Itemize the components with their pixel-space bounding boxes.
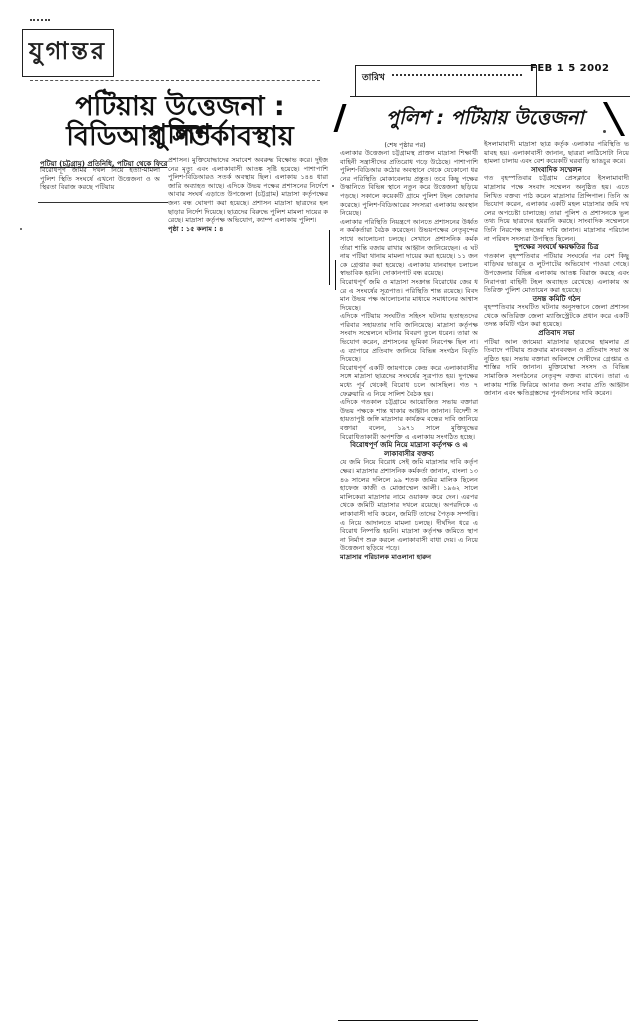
body-paragraph: ইসলামাবাদী মাদ্রাসা ছাত্র কর্তৃক এলাকার …: [484, 140, 629, 166]
body-paragraph: পটিয়া আল জামেয়া মাদ্রাসার ছাত্রদের হাম…: [484, 338, 629, 398]
left-article-body: প্রশাসন। মুক্তিযোদ্ধাদের সমাবেশ অবরুদ্ধ …: [168, 156, 328, 233]
column-divider: [329, 230, 330, 285]
masthead-rule: [30, 80, 320, 81]
body-paragraph: মাদ্রাসার পরিচালক মাওলানা হারুন: [340, 553, 478, 562]
section-subheading: দুপক্ষের সংঘর্ষে ক্ষয়ক্ষতির চিত্র: [484, 243, 629, 252]
body-paragraph: এলাকার পরিস্থিতি নিয়ন্ত্রণে আনতে প্রশাস…: [340, 218, 478, 278]
end-rule: [338, 1020, 478, 1021]
scan-speck: [20, 228, 22, 230]
body-paragraph: বিরোধপূর্ণ জমি ও মাদ্রাসা সংক্রান্ত বিরো…: [340, 278, 478, 312]
body-paragraph: এদিকে পটিয়ায় সংঘটিত সহিংস ঘটনায় হতাহত…: [340, 312, 478, 364]
body-paragraph: যে জমি নিয়ে বিরোধ সেই জমি মাদ্রাসার দাব…: [340, 458, 478, 553]
body-paragraph: প্রশাসন। মুক্তিযোদ্ধাদের সমাবেশ অবরুদ্ধ …: [168, 156, 328, 225]
middle-column: এলাকার উত্তেজনা চট্টগ্রামস্থ প্রাক্তন মা…: [340, 149, 478, 562]
body-paragraph: বিরোধপূর্ণ একটি জায়গাকে কেন্দ্র করে এলা…: [340, 364, 478, 398]
body-paragraph: এদিকে গতকাল চট্টগ্রামে আয়োজিত সভায় বক্…: [340, 398, 478, 441]
masthead-name: যুগান্তর: [29, 33, 107, 73]
tag-rule: [350, 96, 630, 97]
section-subheading: তদন্ত কমিটি গঠন: [484, 295, 629, 304]
left-headline-line2: বিডিআর সতর্কাবস্থায়: [40, 123, 320, 151]
continued-jump: পৃষ্ঠা : ১৫ কলাম : ৪: [168, 225, 328, 234]
body-paragraph: গত বৃহস্পতিবার চট্টগ্রাম প্রেসক্লাবে ইসল…: [484, 174, 629, 243]
lead-paragraph: বিরোধপূর্ণ জমির দখল নিয়ে হত্যা-মামলা পু…: [40, 166, 160, 192]
date-label: তারিখ: [362, 70, 385, 85]
scan-speck: [30, 19, 50, 23]
right-headline: পুলিশ : পটিয়ায় উত্তেজনা: [345, 104, 625, 136]
newspaper-masthead: যুগান্তর: [22, 29, 114, 77]
body-paragraph: এলাকার উত্তেজনা চট্টগ্রামস্থ প্রাক্তন মা…: [340, 149, 478, 218]
body-paragraph: গতকাল বৃহস্পতিবার পটিয়ার সংঘর্ষের পর বে…: [484, 252, 629, 295]
clipping-date-tag: তারিখ: [355, 65, 537, 96]
date-stamp: FEB 1 5 2002: [530, 63, 609, 74]
section-subheading: বিরোধপূর্ণ জমি নিয়ে মাদ্রাসা কর্তৃপক্ষ …: [340, 441, 478, 458]
right-column: ইসলামাবাদী মাদ্রাসা ছাত্র কর্তৃক এলাকার …: [484, 140, 629, 398]
body-paragraph: বৃহস্পতিবার সংঘটিত ঘটনার অনুসন্ধানে জেলা…: [484, 303, 629, 329]
lead-rule: [38, 202, 168, 203]
scan-speck: [332, 185, 334, 187]
margin-mark: [335, 260, 336, 290]
dotted-line: [392, 74, 522, 76]
section-subheading: প্রতিবাদ সভা: [484, 329, 629, 338]
scan-speck: [603, 130, 606, 133]
